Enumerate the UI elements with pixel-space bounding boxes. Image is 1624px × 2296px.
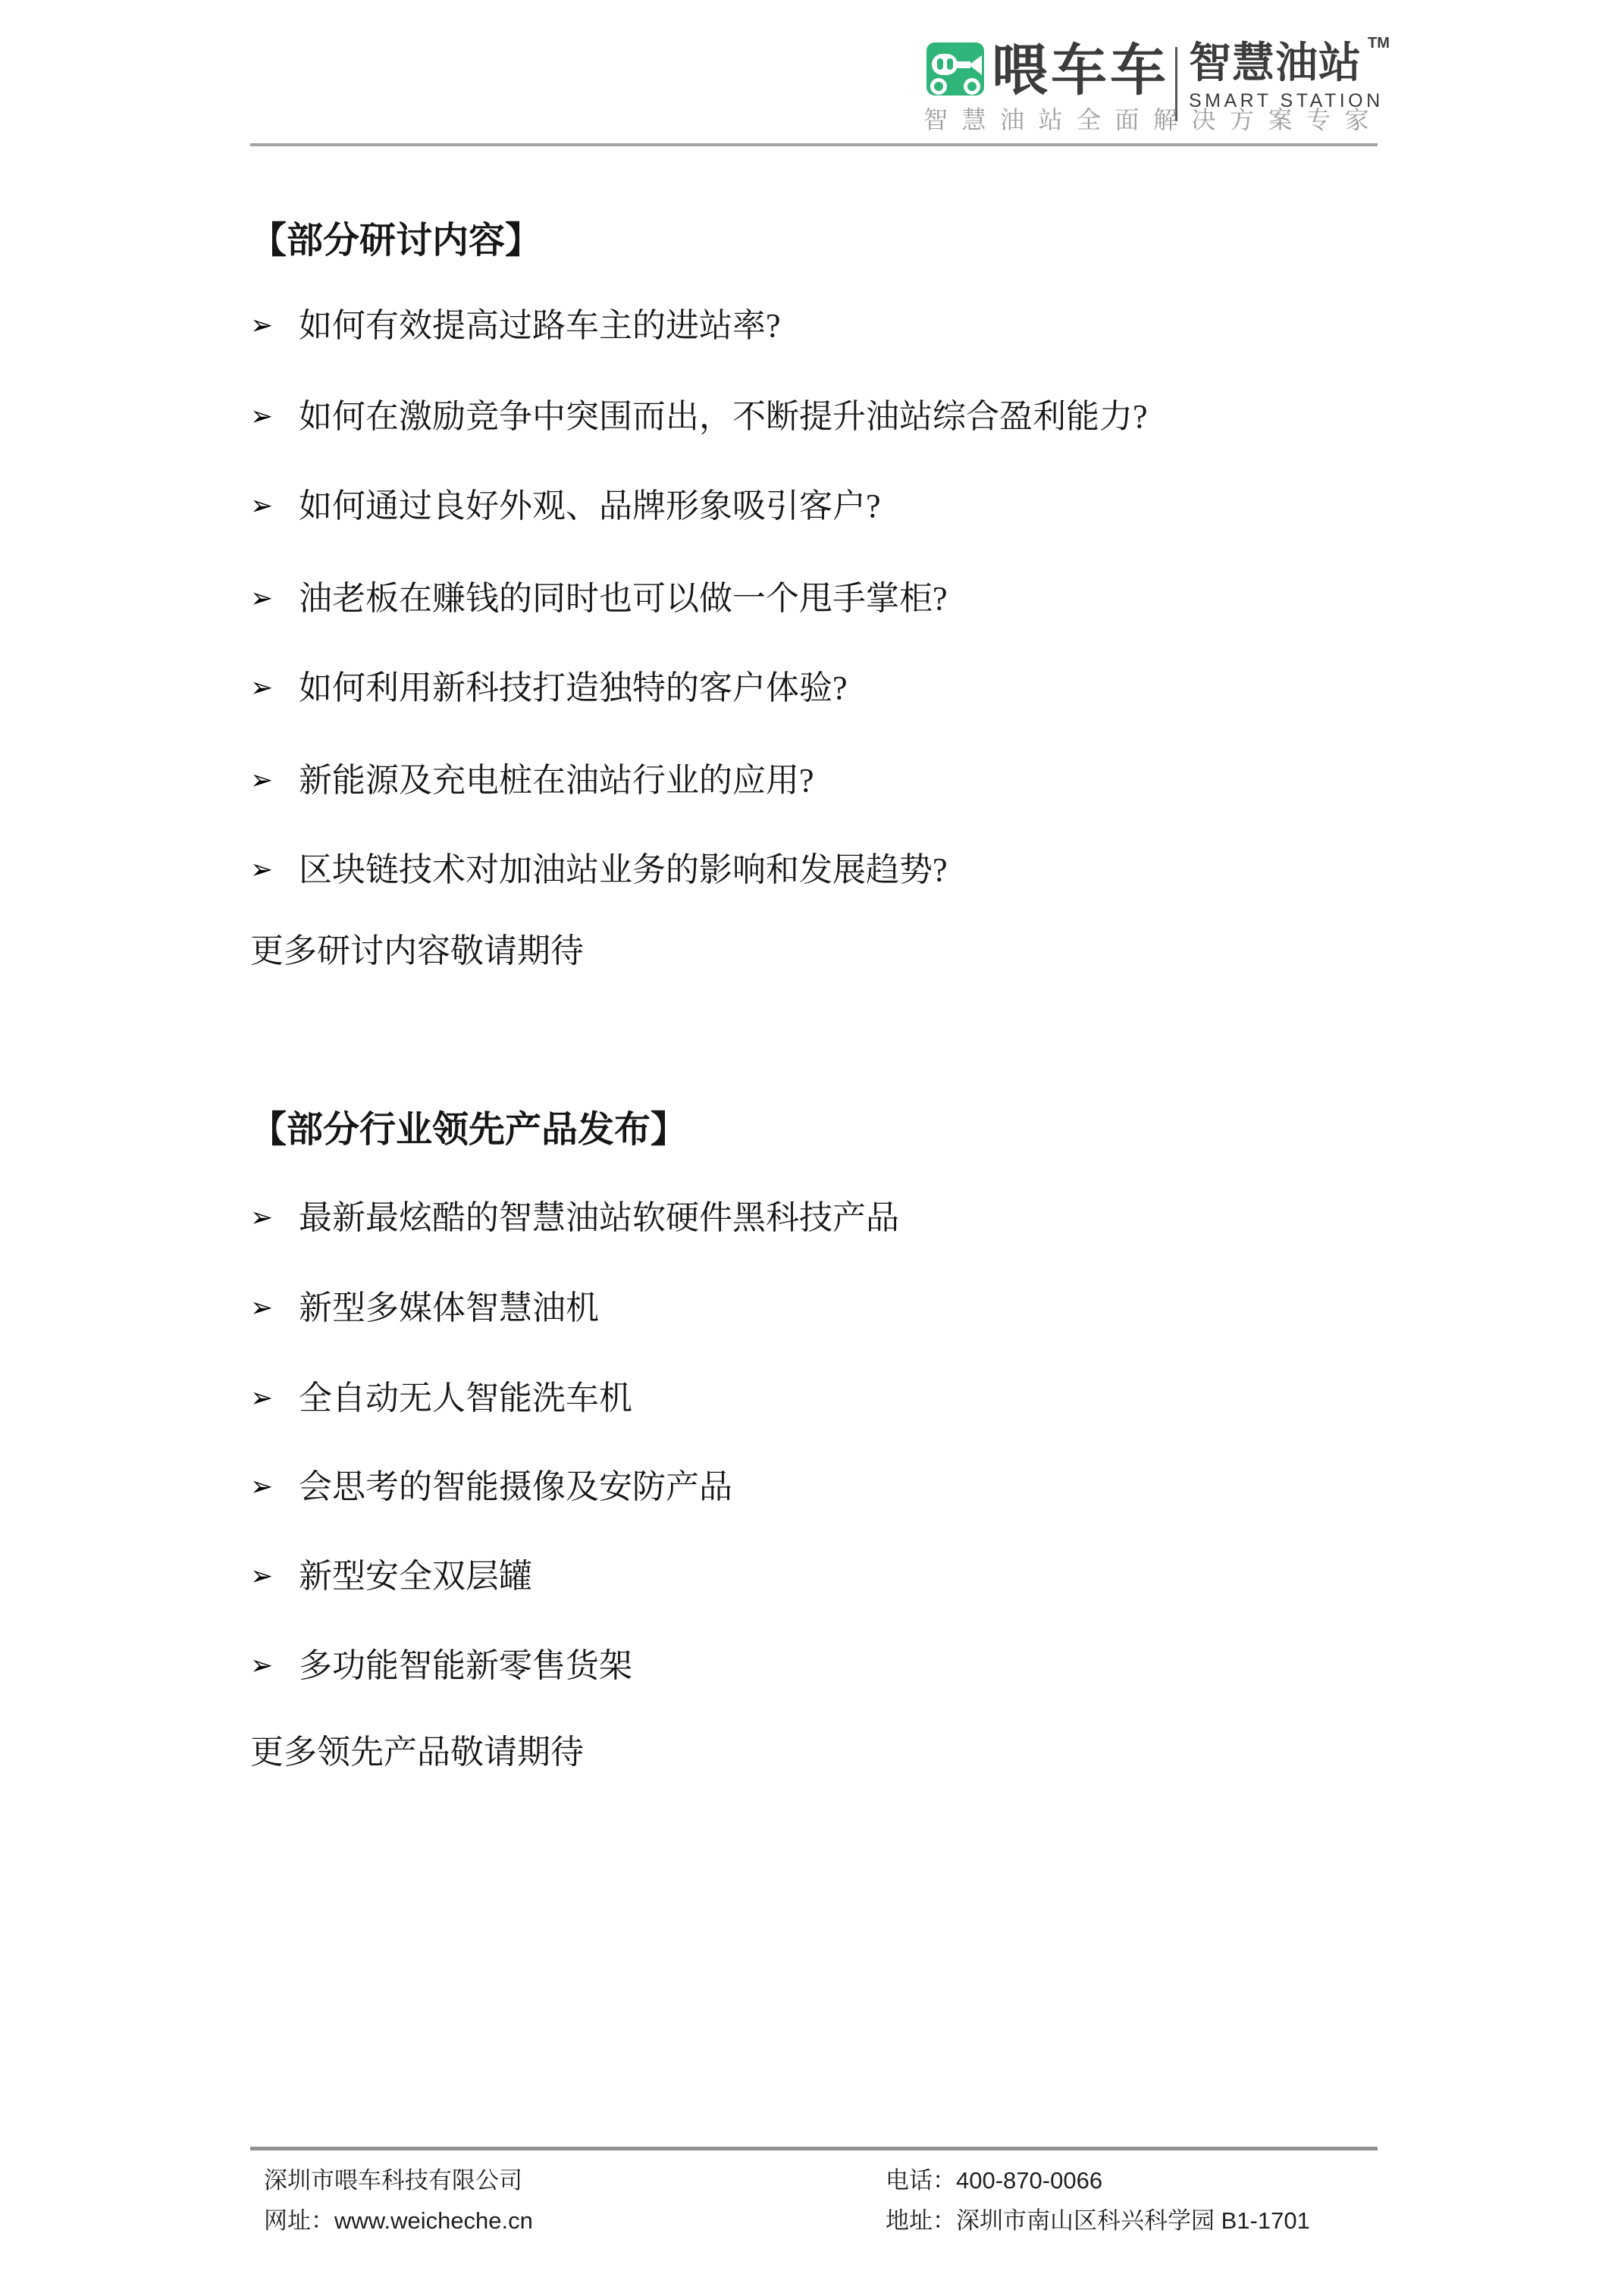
bullet-item: ➢ 新能源及充电桩在油站行业的应用?	[250, 760, 814, 802]
bullet-text: 如何通过良好外观、品牌形象吸引客户?	[299, 485, 881, 528]
bullet-text: 最新最炫酷的智慧油站软硬件黑科技产品	[299, 1197, 899, 1239]
footer-company: 深圳市喂车科技有限公司	[264, 2166, 522, 2196]
footer-rule	[250, 2147, 1378, 2150]
footer-phone: 电话：400-870-0066	[886, 2166, 1102, 2196]
bullet-item: ➢ 如何通过良好外观、品牌形象吸引客户?	[250, 485, 881, 528]
address-value: 深圳市南山区科兴科学园 B1-1701	[956, 2207, 1310, 2234]
bullet-item: ➢ 最新最炫酷的智慧油站软硬件黑科技产品	[250, 1197, 899, 1239]
header-rule	[250, 143, 1378, 146]
section-title-seminar-topics: 【部分研讨内容】	[250, 220, 541, 262]
bullet-item: ➢ 新型安全双层罐	[250, 1555, 532, 1598]
trademark-mark: TM	[1368, 35, 1390, 52]
bullet-text: 如何利用新科技打造独特的客户体验?	[299, 667, 848, 709]
arrow-bullet-icon: ➢	[250, 305, 299, 347]
bullet-text: 如何在激励竞争中突围而出，不断提升油站综合盈利能力?	[299, 396, 1148, 438]
bullet-text: 全自动无人智能洗车机	[299, 1377, 632, 1420]
sub-brand-block: 智慧油站TM SMART STATION	[1189, 41, 1390, 111]
phone-label: 电话：	[886, 2167, 956, 2194]
bullet-item: ➢ 新型多媒体智慧油机	[250, 1287, 599, 1330]
bullet-item: ➢ 多功能智能新零售货架	[250, 1645, 632, 1687]
arrow-bullet-icon: ➢	[250, 1555, 299, 1598]
arrow-bullet-icon: ➢	[250, 1466, 299, 1508]
section-closing-note: 更多领先产品敬请期待	[250, 1731, 584, 1774]
bullet-item: ➢ 区块链技术对加油站业务的影响和发展趋势?	[250, 849, 948, 891]
brand-name: 喂车车	[992, 42, 1169, 99]
arrow-bullet-icon: ➢	[250, 1377, 299, 1420]
arrow-bullet-icon: ➢	[250, 667, 299, 709]
arrow-bullet-icon: ➢	[250, 760, 299, 802]
arrow-bullet-icon: ➢	[250, 1645, 299, 1687]
bullet-text: 会思考的智能摄像及安防产品	[299, 1466, 732, 1508]
bullet-item: ➢ 如何利用新科技打造独特的客户体验?	[250, 667, 848, 709]
website-url: www.weicheche.cn	[334, 2207, 533, 2234]
arrow-bullet-icon: ➢	[250, 1197, 299, 1239]
footer-website: 网址：www.weicheche.cn	[264, 2206, 533, 2236]
weicheche-car-logo-icon	[926, 42, 984, 96]
address-label: 地址：	[886, 2207, 956, 2234]
product-name: 智慧油站	[1189, 41, 1362, 85]
bullet-item: ➢ 如何有效提高过路车主的进站率?	[250, 305, 781, 347]
arrow-bullet-icon: ➢	[250, 396, 299, 438]
bullet-text: 新能源及充电桩在油站行业的应用?	[299, 760, 814, 802]
bullet-text: 多功能智能新零售货架	[299, 1645, 632, 1687]
bullet-item: ➢ 会思考的智能摄像及安防产品	[250, 1466, 732, 1508]
arrow-bullet-icon: ➢	[250, 578, 299, 620]
bullet-item: ➢ 全自动无人智能洗车机	[250, 1377, 632, 1420]
bullet-text: 新型安全双层罐	[299, 1555, 532, 1598]
brand-tagline: 智慧油站全面解决方案专家	[923, 108, 1383, 132]
arrow-bullet-icon: ➢	[250, 849, 299, 891]
website-label: 网址：	[264, 2207, 334, 2234]
document-page: 喂车车 智慧油站TM SMART STATION 智慧油站全面解决方案专家 【部…	[0, 0, 1624, 2296]
bullet-item: ➢ 如何在激励竞争中突围而出，不断提升油站综合盈利能力?	[250, 396, 1148, 438]
bullet-text: 油老板在赚钱的同时也可以做一个甩手掌柜?	[299, 578, 948, 620]
bullet-text: 新型多媒体智慧油机	[299, 1287, 599, 1330]
arrow-bullet-icon: ➢	[250, 485, 299, 528]
arrow-bullet-icon: ➢	[250, 1287, 299, 1330]
bullet-text: 区块链技术对加油站业务的影响和发展趋势?	[299, 849, 948, 891]
section-title-leading-products: 【部分行业领先产品发布】	[250, 1109, 687, 1151]
bullet-item: ➢ 油老板在赚钱的同时也可以做一个甩手掌柜?	[250, 578, 948, 620]
footer-address: 地址：深圳市南山区科兴科学园 B1-1701	[886, 2206, 1310, 2236]
bullet-text: 如何有效提高过路车主的进站率?	[299, 305, 781, 347]
section-closing-note: 更多研讨内容敬请期待	[250, 930, 584, 973]
phone-number: 400-870-0066	[956, 2167, 1102, 2194]
